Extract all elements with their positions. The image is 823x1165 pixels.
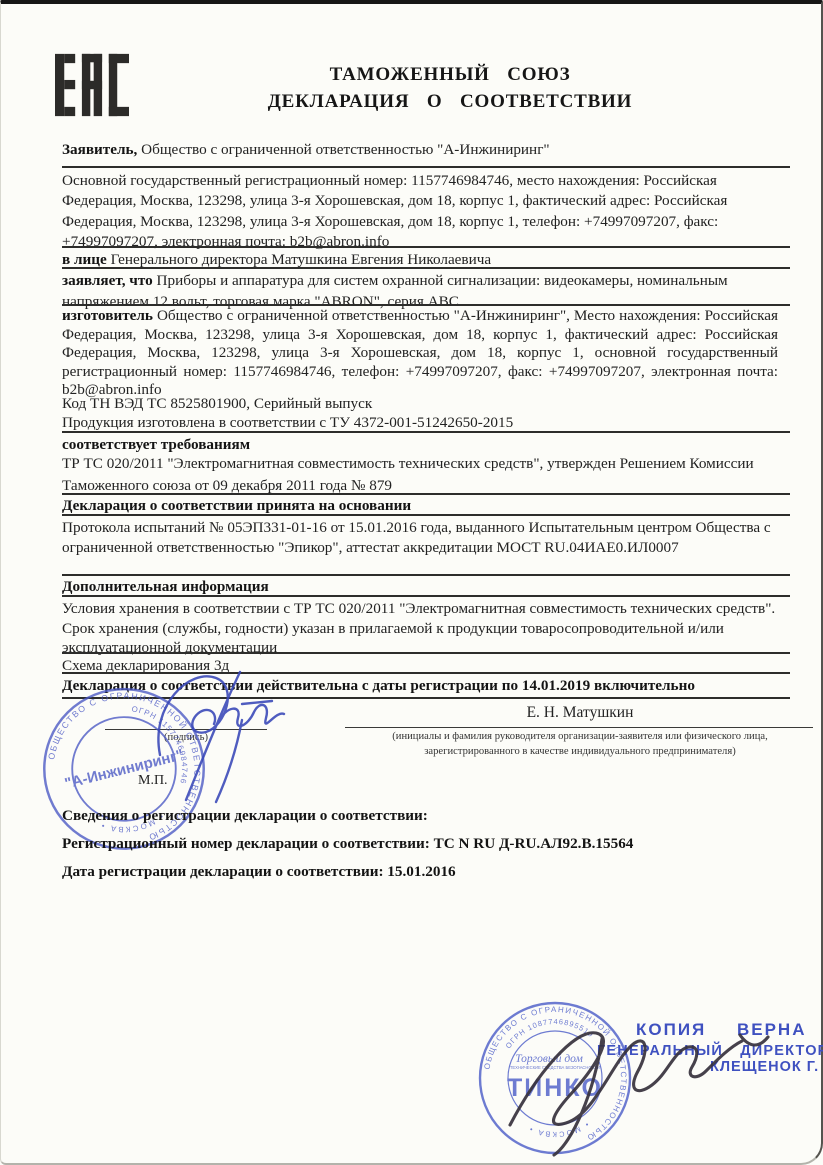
- section-divider: [62, 574, 790, 576]
- section-divider: [62, 595, 790, 597]
- applicant-row: Заявитель, Общество с ограниченной ответ…: [62, 140, 778, 160]
- section-divider: [62, 246, 790, 248]
- applicant-signature-ink: [130, 660, 510, 810]
- registration-date: Дата регистрации декларации о соответств…: [62, 862, 778, 882]
- section-divider: [62, 304, 790, 306]
- section-divider: [62, 493, 790, 495]
- section-divider: [62, 267, 790, 269]
- additional-text: Условия хранения в соответствии с ТР ТС …: [62, 599, 778, 658]
- person-label: в лице: [62, 251, 107, 268]
- manufacturer-label: изготовитель: [62, 307, 153, 324]
- section-divider: [62, 431, 790, 433]
- section-divider: [62, 166, 790, 168]
- manufacturer-row: изготовитель Общество с ограниченной отв…: [62, 307, 778, 400]
- declaration-document: ТАМОЖЕННЫЙ СОЮЗ ДЕКЛАРАЦИЯ О СООТВЕТСТВИ…: [0, 0, 823, 1165]
- manufacturer-value: Общество с ограниченной ответственностью…: [62, 307, 778, 398]
- registration-heading: Сведения о регистрации декларации о соот…: [62, 806, 778, 826]
- section-divider: [62, 514, 790, 516]
- declares-label: заявляет, что: [62, 272, 153, 289]
- conforms-text: ТР ТС 020/2011 "Электромагнитная совмест…: [62, 453, 778, 496]
- eac-mark-icon: [55, 47, 129, 123]
- title-line-2: ДЕКЛАРАЦИЯ О СООТВЕТСТВИИ: [150, 91, 750, 113]
- person-value: Генерального директора Матушкина Евгения…: [111, 251, 492, 268]
- registration-number: Регистрационный номер декларации о соотв…: [62, 834, 778, 854]
- basis-text: Протокола испытаний № 05ЭП331-01-16 от 1…: [62, 518, 778, 557]
- document-title: ТАМОЖЕННЫЙ СОЮЗ ДЕКЛАРАЦИЯ О СООТВЕТСТВИ…: [150, 64, 750, 113]
- tnved-line: Код ТН ВЭД ТС 8525801900, Серийный выпус…: [62, 394, 778, 414]
- applicant-value: Общество с ограниченной ответственностью…: [141, 141, 549, 158]
- applicant-details: Основной государственный регистрационный…: [62, 171, 778, 253]
- applicant-label: Заявитель,: [62, 141, 137, 158]
- title-line-1: ТАМОЖЕННЫЙ СОЮЗ: [150, 64, 750, 86]
- director-signature-ink: [470, 1005, 810, 1165]
- section-divider: [62, 652, 790, 654]
